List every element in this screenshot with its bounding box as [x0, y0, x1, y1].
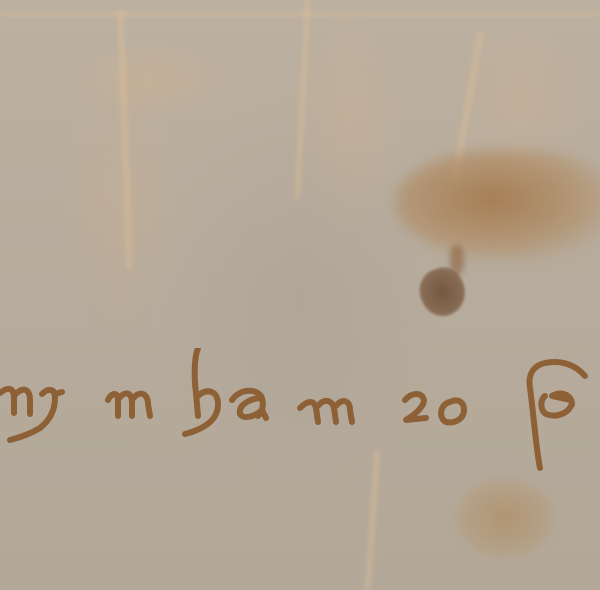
ink-blot [413, 262, 472, 322]
handwritten-line: …m mha mao se [0, 348, 600, 478]
water-stain [455, 478, 555, 558]
parchment-sheet: …m mha mao se [0, 0, 600, 590]
word-4 [530, 362, 585, 468]
fold-crease [0, 12, 600, 16]
fold-crease [295, 0, 310, 200]
word-1 [0, 389, 62, 440]
handwriting-strokes [0, 348, 600, 478]
ink-stain-large [395, 150, 600, 260]
word-2 [108, 348, 266, 434]
word-3 [300, 394, 464, 422]
fold-crease [117, 10, 132, 270]
